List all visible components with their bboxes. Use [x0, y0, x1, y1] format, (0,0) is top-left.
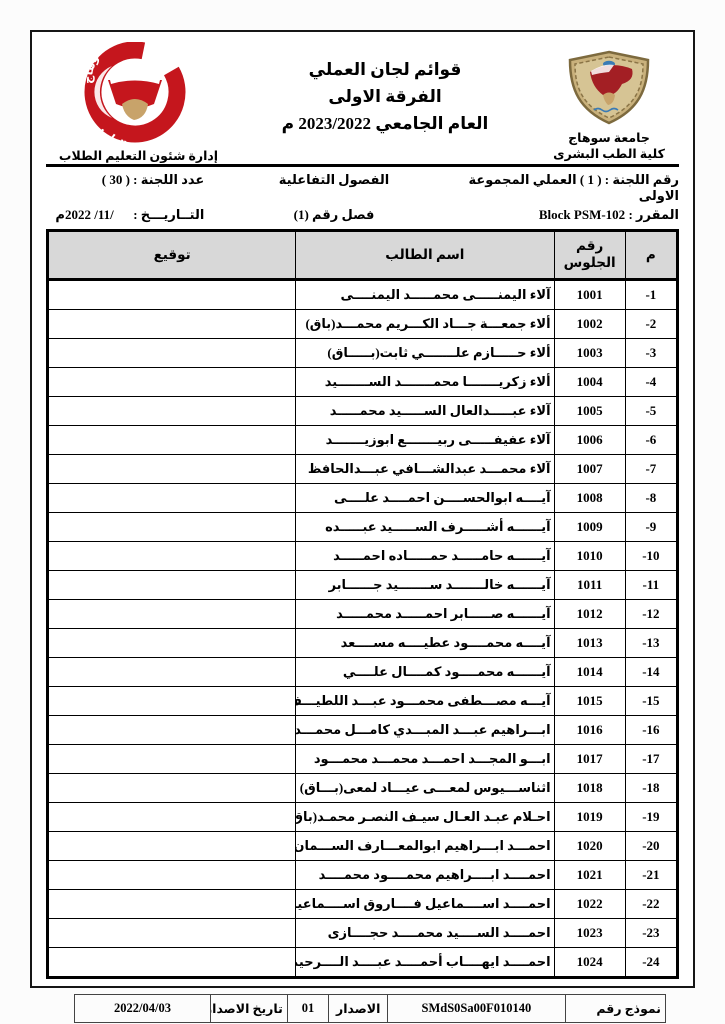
seat-number-cell: 1007 [554, 455, 625, 484]
signature-cell[interactable] [48, 629, 296, 658]
student-name-cell: آيــــــه محمــــود كمــــال علــــي [296, 658, 554, 687]
col-header-student-name: اسم الطالب [296, 231, 554, 280]
document-page: جامعة سوهاج كلية الطب إدارة شئون التعليم… [30, 30, 695, 988]
signature-cell[interactable] [48, 455, 296, 484]
form-footer-row: نموذج رقم SMdS0Sa00F010140 الاصدار 01 تا… [75, 995, 666, 1023]
signature-cell[interactable] [48, 745, 296, 774]
title-block: قوائم لجان العملي الفرقة الاولى العام ال… [282, 42, 489, 138]
signature-cell[interactable] [48, 687, 296, 716]
info-row-2: المقرر : Block PSM-102 فصل رقم (1) التــ… [46, 207, 679, 223]
table-row: 16-1016ابـــراهيم عبـــد المبـــدي كامــ… [48, 716, 678, 745]
seat-number-cell: 1008 [554, 484, 625, 513]
crescent-logo-icon: جامعة سوهاج كلية الطب [60, 42, 218, 144]
student-name-cell: احمـــد ابـــراهيم ابوالمعـــارف الســـم… [296, 832, 554, 861]
index-cell: 3- [625, 339, 677, 368]
page-subtitle-year-group: الفرقة الاولى [282, 83, 489, 110]
student-name-cell: ألاء زكريـــــــا محمـــــــد الســـــــ… [296, 368, 554, 397]
table-row: 18-1018اثناســـيوس لمعـــى عيـــاد لمعى(… [48, 774, 678, 803]
issue-date-label: تاريخ الاصدار [210, 995, 287, 1023]
signature-cell[interactable] [48, 861, 296, 890]
index-cell: 11- [625, 571, 677, 600]
signature-cell[interactable] [48, 339, 296, 368]
signature-cell[interactable] [48, 397, 296, 426]
page-title: قوائم لجان العملي [282, 56, 489, 83]
seat-number-cell: 1013 [554, 629, 625, 658]
student-name-cell: آلاء محمـــد عبدالشـــافي عبـــدالحافظ [296, 455, 554, 484]
index-cell: 22- [625, 890, 677, 919]
index-cell: 12- [625, 600, 677, 629]
issue-date: 2022/04/03 [75, 995, 211, 1023]
index-cell: 8- [625, 484, 677, 513]
seat-number-cell: 1002 [554, 310, 625, 339]
table-row: 9-1009آيــــــه أشـــــرف الســـــيد عبـ… [48, 513, 678, 542]
table-row: 22-1022احمــــد اســــماعيل فــــاروق اس… [48, 890, 678, 919]
issue-number: 01 [287, 995, 328, 1023]
index-cell: 24- [625, 948, 677, 978]
admin-logo-caption: إدارة شئون التعليم الطلاب [46, 149, 231, 165]
table-row: 20-1020احمـــد ابـــراهيم ابوالمعـــارف … [48, 832, 678, 861]
signature-cell[interactable] [48, 571, 296, 600]
seat-number-cell: 1021 [554, 861, 625, 890]
table-row: 10-1010آيــــــه حامـــــد حمـــــاده اح… [48, 542, 678, 571]
index-cell: 1- [625, 280, 677, 310]
student-name-cell: احمــــد الســــيد محمــــد حجــــازى [296, 919, 554, 948]
index-cell: 18- [625, 774, 677, 803]
student-name-cell: آيــــــه أشـــــرف الســـــيد عبـــــده [296, 513, 554, 542]
student-name-cell: آلاء عفيفـــــى ربيـــــــع ابوزيـــــــ… [296, 426, 554, 455]
signature-cell[interactable] [48, 890, 296, 919]
table-row: 21-1021احمــــد ابــــراهيم محمــــود مح… [48, 861, 678, 890]
form-number-label: نموذج رقم [565, 995, 665, 1023]
student-name-cell: آلاء اليمنـــــى محمـــــد اليمنــــى [296, 280, 554, 310]
page-subtitle-academic-year: العام الجامعي 2023/2022 م [282, 110, 489, 137]
col-header-index: م [625, 231, 677, 280]
table-row: 24-1024احمــــد ايهــــاب أحمــــد عبـــ… [48, 948, 678, 978]
col-header-signature: توقيع [48, 231, 296, 280]
student-name-cell: آيــــــه حامـــــد حمـــــاده احمـــــد [296, 542, 554, 571]
seat-number-cell: 1019 [554, 803, 625, 832]
student-name-cell: آلاء عبـــــدالعال الســـــيد محمـــــد [296, 397, 554, 426]
table-row: 14-1014آيــــــه محمــــود كمــــال علــ… [48, 658, 678, 687]
issue-label: الاصدار [329, 995, 388, 1023]
signature-cell[interactable] [48, 803, 296, 832]
seat-number-cell: 1018 [554, 774, 625, 803]
index-cell: 10- [625, 542, 677, 571]
student-name-cell: آيــــــه صـــــابر احمـــــد محمـــــد [296, 600, 554, 629]
committee-number: رقم اللجنة : ( 1 ) العملي المجموعة الاول… [426, 172, 679, 204]
signature-cell[interactable] [48, 832, 296, 861]
signature-cell[interactable] [48, 600, 296, 629]
index-cell: 4- [625, 368, 677, 397]
seat-number-cell: 1012 [554, 600, 625, 629]
signature-cell[interactable] [48, 310, 296, 339]
seat-number-cell: 1009 [554, 513, 625, 542]
seat-number-cell: 1006 [554, 426, 625, 455]
students-table-header-row: م رقم الجلوس اسم الطالب توقيع [48, 231, 678, 280]
table-row: 1-1001آلاء اليمنـــــى محمـــــد اليمنــ… [48, 280, 678, 310]
form-footer-table: نموذج رقم SMdS0Sa00F010140 الاصدار 01 تا… [74, 994, 666, 1023]
index-cell: 19- [625, 803, 677, 832]
table-row: 7-1007آلاء محمـــد عبدالشـــافي عبـــدال… [48, 455, 678, 484]
table-row: 3-1003ألاء حـــــازم علـــــــي ثابت(بــ… [48, 339, 678, 368]
student-name-cell: آيــــــه خالـــــــد ســـــــيد جــــــ… [296, 571, 554, 600]
student-name-cell: احمــــد ايهــــاب أحمــــد عبــــد الــ… [296, 948, 554, 978]
student-name-cell: احمــــد اســــماعيل فــــاروق اســــماع… [296, 890, 554, 919]
seat-number-cell: 1015 [554, 687, 625, 716]
seat-number-cell: 1023 [554, 919, 625, 948]
table-row: 5-1005آلاء عبـــــدالعال الســـــيد محمـ… [48, 397, 678, 426]
seat-number-cell: 1014 [554, 658, 625, 687]
signature-cell[interactable] [48, 280, 296, 310]
seat-number-cell: 1003 [554, 339, 625, 368]
signature-cell[interactable] [48, 774, 296, 803]
signature-cell[interactable] [48, 542, 296, 571]
seat-number-cell: 1016 [554, 716, 625, 745]
col-header-seat-number: رقم الجلوس [554, 231, 625, 280]
table-row: 2-1002ألاء جمعـــة جـــاد الكـــريم محمـ… [48, 310, 678, 339]
university-logo-caption-line1: جامعة سوهاج [539, 131, 679, 147]
student-name-cell: آيــــه محمــــود عطيــــه مســــعد [296, 629, 554, 658]
index-cell: 16- [625, 716, 677, 745]
university-logo-caption-line2: كلية الطب البشرى [539, 147, 679, 163]
student-name-cell: ألاء حـــــازم علـــــــي ثابت(بـــــاق) [296, 339, 554, 368]
index-cell: 13- [625, 629, 677, 658]
table-row: 17-1017ابـــو المجـــد احمـــد محمـــد م… [48, 745, 678, 774]
index-cell: 20- [625, 832, 677, 861]
signature-cell[interactable] [48, 948, 296, 978]
student-name-cell: آيــــه ابوالحســــن احمــــد علــــى [296, 484, 554, 513]
section-type: الفصول التفاعلية [242, 172, 426, 204]
seat-number-cell: 1001 [554, 280, 625, 310]
table-row: 23-1023احمــــد الســــيد محمــــد حجـــ… [48, 919, 678, 948]
index-cell: 14- [625, 658, 677, 687]
info-row-1: رقم اللجنة : ( 1 ) العملي المجموعة الاول… [46, 172, 679, 204]
university-shield-icon [562, 50, 656, 126]
table-row: 15-1015آيـــه مصـــطفى محمـــود عبـــد ا… [48, 687, 678, 716]
student-name-cell: احـلام عبـد العـال سيـف النصـر محمـد(باق… [296, 803, 554, 832]
student-name-cell: ألاء جمعـــة جـــاد الكـــريم محمـــد(با… [296, 310, 554, 339]
student-name-cell: ابـــراهيم عبـــد المبـــدي كامـــل محمـ… [296, 716, 554, 745]
seat-number-cell: 1010 [554, 542, 625, 571]
seat-number-cell: 1011 [554, 571, 625, 600]
index-cell: 6- [625, 426, 677, 455]
seat-number-cell: 1022 [554, 890, 625, 919]
signature-cell[interactable] [48, 426, 296, 455]
seat-number-cell: 1020 [554, 832, 625, 861]
seat-number-cell: 1005 [554, 397, 625, 426]
signature-cell[interactable] [48, 368, 296, 397]
table-row: 4-1004ألاء زكريـــــــا محمـــــــد السـ… [48, 368, 678, 397]
students-table: م رقم الجلوس اسم الطالب توقيع 1-1001آلاء… [46, 229, 679, 979]
index-cell: 23- [625, 919, 677, 948]
committee-count: عدد اللجنة : ( 30 ) [46, 172, 242, 204]
course-code: المقرر : Block PSM-102 [426, 207, 679, 223]
seat-number-cell: 1024 [554, 948, 625, 978]
index-cell: 15- [625, 687, 677, 716]
index-cell: 7- [625, 455, 677, 484]
signature-cell[interactable] [48, 513, 296, 542]
signature-cell[interactable] [48, 919, 296, 948]
seat-number-cell: 1004 [554, 368, 625, 397]
seat-number-cell: 1017 [554, 745, 625, 774]
index-cell: 9- [625, 513, 677, 542]
student-name-cell: احمــــد ابــــراهيم محمــــود محمــــد [296, 861, 554, 890]
signature-cell[interactable] [48, 658, 296, 687]
table-row: 8-1008آيــــه ابوالحســــن احمــــد علــ… [48, 484, 678, 513]
signature-cell[interactable] [48, 716, 296, 745]
page-header: جامعة سوهاج كلية الطب إدارة شئون التعليم… [46, 42, 679, 162]
table-row: 6-1006آلاء عفيفـــــى ربيـــــــع ابوزيـ… [48, 426, 678, 455]
students-table-body: 1-1001آلاء اليمنـــــى محمـــــد اليمنــ… [48, 280, 678, 978]
table-row: 12-1012آيــــــه صـــــابر احمـــــد محم… [48, 600, 678, 629]
index-cell: 21- [625, 861, 677, 890]
signature-cell[interactable] [48, 484, 296, 513]
student-name-cell: آيـــه مصـــطفى محمـــود عبـــد اللطيـــ… [296, 687, 554, 716]
index-cell: 17- [625, 745, 677, 774]
table-row: 11-1011آيــــــه خالـــــــد ســـــــيد … [48, 571, 678, 600]
exam-date: التــاريـــخ : /11/ 2022م [46, 207, 242, 223]
index-cell: 5- [625, 397, 677, 426]
student-name-cell: اثناســـيوس لمعـــى عيـــاد لمعى(بـــاق) [296, 774, 554, 803]
university-logo-block: جامعة سوهاج كلية الطب البشرى [539, 42, 679, 162]
form-code: SMdS0Sa00F010140 [388, 995, 565, 1023]
student-name-cell: ابـــو المجـــد احمـــد محمـــد محمـــود [296, 745, 554, 774]
table-row: 13-1013آيــــه محمــــود عطيــــه مســــ… [48, 629, 678, 658]
committee-info: رقم اللجنة : ( 1 ) العملي المجموعة الاول… [46, 172, 679, 223]
index-cell: 2- [625, 310, 677, 339]
table-row: 19-1019احـلام عبـد العـال سيـف النصـر مح… [48, 803, 678, 832]
class-number: فصل رقم (1) [242, 207, 426, 223]
student-affairs-logo-block: جامعة سوهاج كلية الطب إدارة شئون التعليم… [46, 42, 231, 165]
